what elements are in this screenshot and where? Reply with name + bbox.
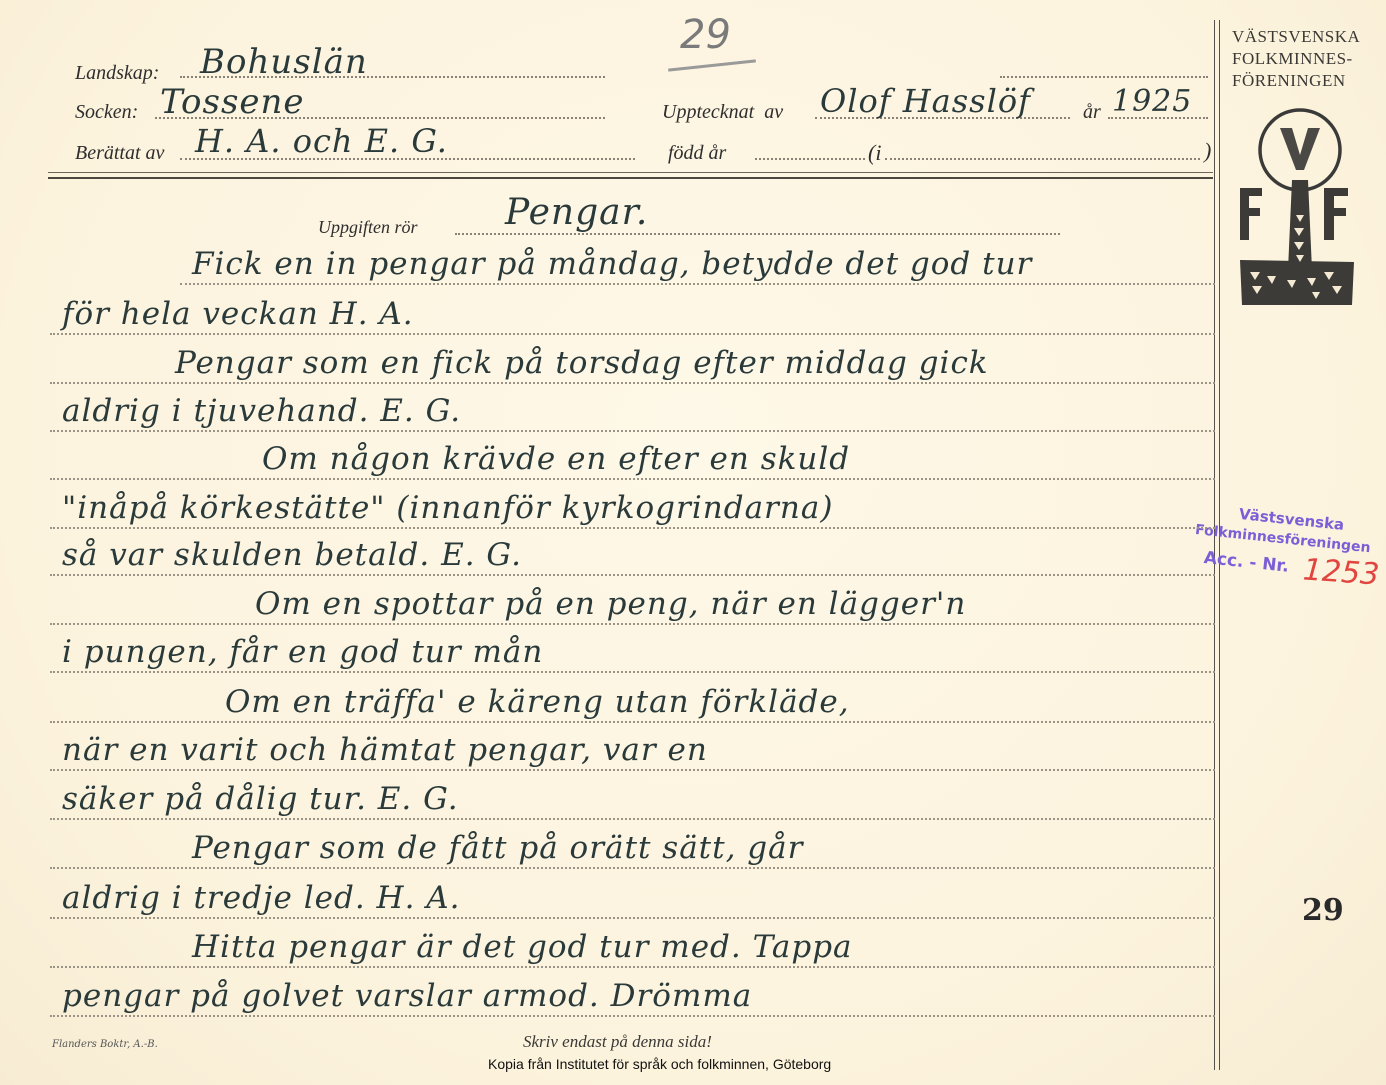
ruled-line — [50, 382, 1215, 384]
thors-hammer-logo-icon — [1232, 100, 1362, 315]
org-line-2: FOLKMINNES- — [1232, 48, 1360, 70]
org-line-1: VÄSTSVENSKA — [1232, 26, 1360, 48]
fodd-ar-label: född år — [668, 142, 726, 165]
printer-imprint: Flanders Boktr, A.-B. — [52, 1039, 158, 1050]
ruled-line — [50, 527, 1215, 529]
handwritten-line: "inåpå körkestätte" (innanför kyrkogrind… — [62, 490, 833, 526]
handwritten-line: Om en spottar på en peng, när en lägger'… — [255, 586, 966, 622]
fodd-i-label: (i — [868, 140, 881, 166]
landskap-label: Landskap: — [75, 62, 159, 85]
ruled-line — [50, 966, 1215, 968]
ruled-line — [50, 574, 1215, 576]
ruled-line — [50, 818, 1215, 820]
ruled-line — [50, 623, 1215, 625]
landskap-value[interactable]: Bohuslän — [200, 42, 368, 82]
fodd-i-dotline — [885, 158, 1200, 160]
organization-name: VÄSTSVENSKA FOLKMINNES- FÖRENINGEN — [1232, 26, 1360, 92]
upptecknat-av-label: Upptecknat av — [662, 101, 783, 124]
ar-value[interactable]: 1925 — [1112, 84, 1192, 119]
header-rule-bottom — [48, 177, 1213, 179]
handwritten-line: när en varit och hämtat pengar, var en — [62, 732, 708, 768]
uppgiften-ror-label: Uppgiften rör — [318, 217, 418, 238]
archive-form-page: 29 Landskap: Bohuslän Socken: Tossene Be… — [0, 0, 1386, 1085]
handwritten-line: Om någon krävde en efter en skuld — [262, 441, 850, 477]
handwritten-line: Hitta pengar är det god tur med. Tappa — [192, 929, 853, 965]
handwritten-line: Pengar som en fick på torsdag efter midd… — [175, 345, 989, 381]
footer-instruction: Skriv endast på denna sida! — [523, 1032, 712, 1052]
ruled-line — [50, 671, 1215, 673]
uppgiften-ror-value[interactable]: Pengar. — [505, 192, 648, 233]
ruled-line — [180, 283, 1215, 285]
fodd-ar-dotline — [755, 158, 865, 160]
pencil-underline — [668, 59, 756, 71]
accession-number: 1253 — [1302, 552, 1381, 592]
berattat-av-value[interactable]: H. A. och E. G. — [195, 122, 448, 160]
ruled-line — [50, 1015, 1215, 1017]
pencil-archive-number: 29 — [680, 12, 731, 58]
handwritten-line: så var skulden betald. E. G. — [62, 537, 522, 573]
socken-label: Socken: — [75, 101, 138, 124]
ruled-line — [50, 430, 1215, 432]
copy-credit: Kopia från Institutet för språk och folk… — [488, 1056, 831, 1072]
handwritten-line: för hela veckan H. A. — [62, 296, 414, 332]
ruled-line — [50, 478, 1215, 480]
stamp-acc-label: Acc. - Nr. — [1203, 548, 1290, 577]
upptecknat-av-value[interactable]: Olof Hasslöf — [820, 82, 1031, 120]
handwritten-line: aldrig i tredje led. H. A. — [62, 880, 461, 916]
handwritten-line: Om en träffa' e käreng utan förkläde, — [225, 684, 850, 720]
handwritten-line: pengar på golvet varslar armod. Drömma — [62, 978, 752, 1014]
org-line-3: FÖRENINGEN — [1232, 70, 1360, 92]
handwritten-line: Fick en in pengar på måndag, betydde det… — [192, 246, 1032, 282]
margin-line-1 — [1214, 20, 1215, 1070]
ruled-line — [50, 867, 1215, 869]
handwritten-line: aldrig i tjuvehand. E. G. — [62, 393, 461, 429]
extra-dotline — [1000, 76, 1208, 78]
ruled-line — [50, 721, 1215, 723]
margin-line-2 — [1219, 20, 1220, 1070]
ar-label: år — [1083, 101, 1101, 124]
berattat-av-label: Berättat av — [75, 142, 164, 165]
handwritten-line: i pungen, får en god tur mån — [62, 634, 543, 670]
fodd-i-close: ) — [1204, 138, 1211, 164]
page-number: 29 — [1302, 893, 1344, 928]
ruled-line — [50, 333, 1215, 335]
header-rule-top — [48, 172, 1213, 173]
uppgiften-ror-dotline — [455, 233, 1060, 235]
ruled-line — [50, 917, 1215, 919]
ruled-line — [50, 769, 1215, 771]
socken-value[interactable]: Tossene — [160, 82, 305, 122]
handwritten-line: säker på dålig tur. E. G. — [62, 781, 459, 817]
handwritten-line: Pengar som de fått på orätt sätt, går — [192, 830, 803, 866]
